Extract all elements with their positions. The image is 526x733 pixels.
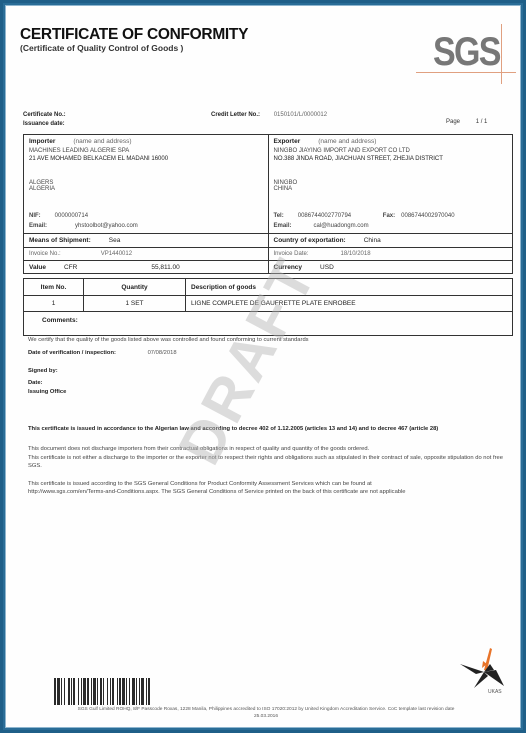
barcode [54,678,227,705]
exporter-label: Exporter [274,138,301,145]
exporter-tel-fax: Tel:0086744002770794 Fax:008674400297004… [274,213,455,219]
importer-country: ALGERIA [29,186,263,192]
importer-box: Importer(name and address) MACHINES LEAD… [24,135,268,233]
footer-text: SGS Gulf Limited ROHQ, 8/F Passcode Roxa… [26,706,506,720]
importer-address: 21 AVE MOHAMED BELKACEM EL MADANI 16000 [29,156,263,162]
legal-paragraph-1: This certificate is issued in accordance… [28,425,508,433]
importer-name: MACHINES LEADING ALGERIE SPA [29,148,263,154]
country-of-exportation: Country of exportation:China [268,234,513,247]
legal-paragraph-3: This certificate is not either a dischar… [28,454,508,470]
means-of-shipment: Means of Shipment:Sea [24,234,268,247]
sgs-logo: SGS [411,24,516,84]
accreditation-logo-icon: UKAS [456,640,516,695]
shipment-value: ValueCFR55,811.00 [24,261,268,273]
exporter-email: Email:cal@huadongm.com [274,223,369,229]
parties-section: Importer(name and address) MACHINES LEAD… [23,134,513,234]
legal-paragraph-2: This document does not discharge importe… [28,445,508,453]
importer-label: Importer [29,138,55,145]
exporter-country: CHINA [274,186,508,192]
logo-vertical-line [501,24,502,84]
exporter-address: NO.388 JINDA ROAD, JIACHUAN STREET, ZHEJ… [274,156,508,162]
svg-text:UKAS: UKAS [488,689,502,695]
exporter-name: NINGBO JIAYING IMPORT AND EXPORT CO LTD [274,148,508,154]
legal-paragraph-4: This certificate is issued according to … [28,480,508,488]
page-subtitle: (Certificate of Quality Control of Goods… [20,43,183,53]
importer-email: Email:yhstoolbot@yahoo.com [29,223,138,229]
credit-letter: Credit Letter No.: 0150101/L/0000012 [211,112,327,118]
certificate-no-label: Certificate No.: [23,112,66,118]
page-title: CERTIFICATE OF CONFORMITY [20,26,248,44]
exporter-box: Exporter(name and address) NINGBO JIAYIN… [268,135,513,233]
certificate-page: CERTIFICATE OF CONFORMITY (Certificate o… [5,5,521,728]
page-indicator: Page 1 / 1 [446,119,487,125]
invoice-date: Invoice Date:18/10/2018 [268,248,513,260]
invoice-number: Invoice No.:VP1440012 [24,248,268,260]
importer-nif: NIF:0000000714 [29,213,88,219]
legal-paragraph-5: http://www.sgs.com/en/Terms-and-Conditio… [28,488,508,496]
issuance-date-label: Issuance date: [23,121,65,127]
sgs-logo-text: SGS [433,30,500,75]
